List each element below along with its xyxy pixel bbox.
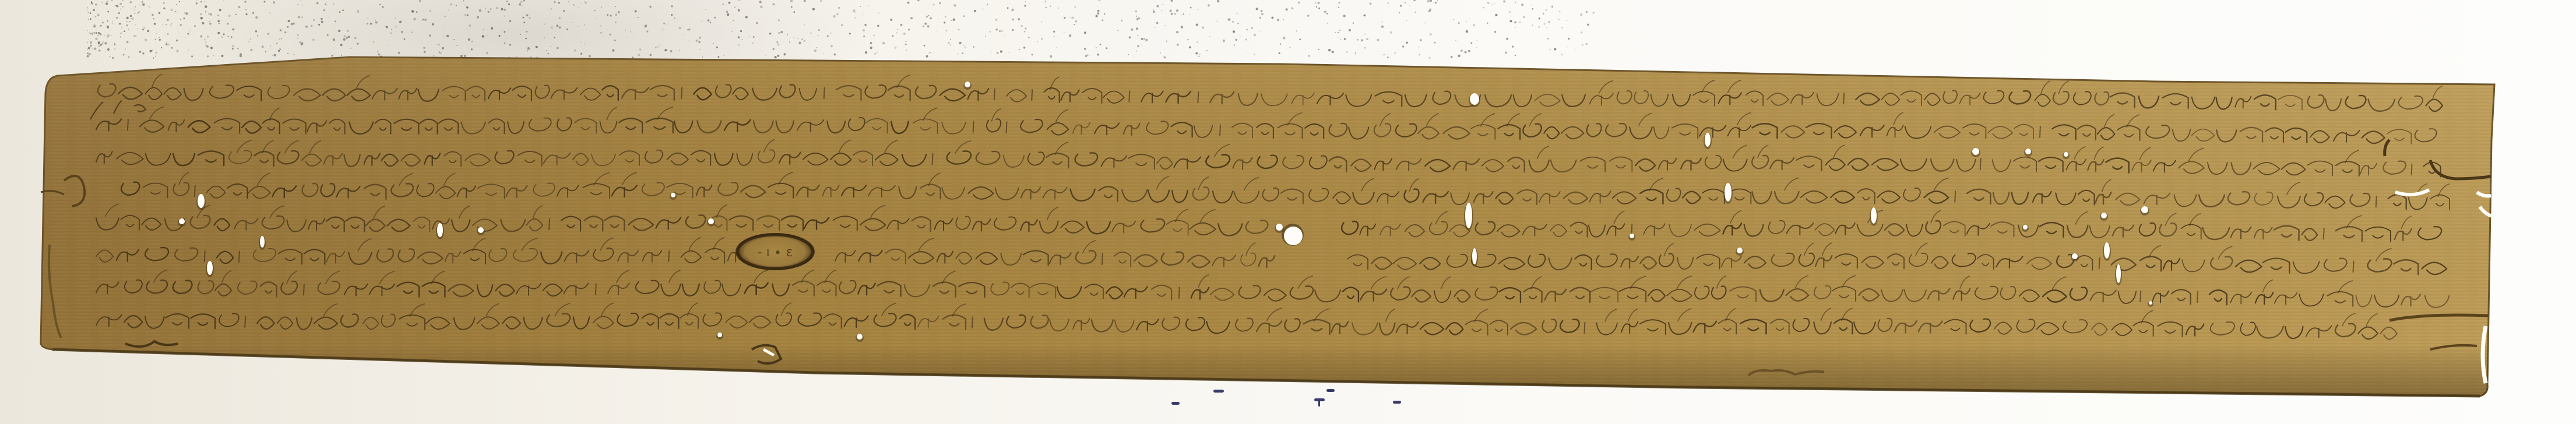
oval-stamp: - ı ∙ ɛ [736, 233, 815, 270]
ink-dash-mark [1318, 400, 1320, 407]
string-hole [1282, 224, 1304, 246]
svg-text:- ı ∙ ɛ: - ı ∙ ɛ [758, 245, 793, 260]
ink-dash-mark [1213, 390, 1224, 393]
palm-leaf-manuscript: - ı ∙ ɛ [0, 0, 2576, 424]
ink-dash-mark [1326, 389, 1335, 392]
ink-dash-mark [1393, 401, 1401, 404]
ink-dash-mark [1171, 402, 1180, 405]
